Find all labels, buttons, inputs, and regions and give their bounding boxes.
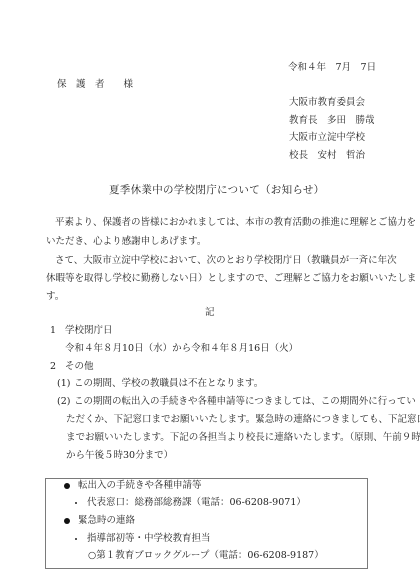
contact-section-2-item: 指導部初等・中学校教育担当: [75, 533, 211, 545]
contact-section-1-title: 転出入の手続きや各種申請等: [78, 480, 202, 491]
paragraph-1-line-2: いただき、心より感謝申しあげます。: [46, 236, 206, 248]
contact-section-1-item: 代表窓口：総務部総務課（電話：06-6208-9071）: [75, 497, 306, 509]
sub-item-1-number: (1): [57, 378, 70, 390]
bullet-icon: [64, 518, 70, 524]
notice-heading: 記: [205, 307, 215, 319]
item-1-label: 学校閉庁日: [65, 325, 113, 337]
contact-general-desk: 代表窓口：総務部総務課（電話：06-6208-9071）: [87, 497, 306, 508]
sender-superintendent: 教育長 多田 勝哉: [289, 115, 375, 127]
dot-icon: [75, 502, 77, 504]
sender-school: 大阪市立淀中学校: [289, 132, 365, 144]
sender-org: 大阪市教育委員会: [289, 97, 365, 109]
item-2-label: その他: [65, 361, 94, 373]
paragraph-2-line-2: 休暇等を取得し学校に勤務しない日）としますので、ご理解とご協力をお願いいたしま: [46, 273, 416, 285]
sub-item-2-number: (2): [57, 396, 70, 408]
document-title: 夏季休業中の学校閉庁について（お知らせ）: [109, 184, 324, 196]
sub-item-2-line-4: から午後５時30分まで）: [66, 450, 173, 462]
contact-block-group: ○第１教育ブロックグループ（電話：06-6208-9187）: [88, 550, 324, 562]
document-date: 令和４年 7月 7日: [288, 62, 376, 74]
sub-item-1-text: この期間、学校の教職員は不在となります。: [74, 378, 263, 390]
contact-section-2-title: 緊急時の連絡: [78, 515, 135, 526]
sub-item-2-line-1: この期間の転出入の手続きや各種申請等につきましては、この期間外に行ってい: [74, 396, 416, 408]
paragraph-1-line-1: 平素より、保護者の皆様におかれましては、本市の教育活動の推進に理解とご協力を: [55, 217, 416, 229]
closure-date-range: 令和４年８月10日（水）から令和４年８月16日（火）: [65, 343, 298, 355]
sender-principal: 校長 安村 哲治: [289, 150, 365, 162]
sub-item-2-line-3: までお願いいたします。下記の各担当より校長に連絡いたします。（原則、午前９時: [66, 432, 420, 444]
bullet-icon: [64, 483, 70, 489]
recipient-line: 保 護 者 様: [57, 79, 133, 91]
paragraph-2-line-3: す。: [46, 291, 64, 303]
contact-section-2: 緊急時の連絡: [64, 515, 135, 527]
contact-guidance-dept: 指導部初等・中学校教育担当: [87, 533, 211, 544]
dot-icon: [75, 538, 77, 540]
sub-item-2-line-2: ただくか、下記窓口までお願いいたします。緊急時の連絡につきましても、下記窓口: [66, 414, 420, 426]
contact-section-1: 転出入の手続きや各種申請等: [64, 480, 202, 492]
item-2-number: 2: [50, 361, 56, 373]
paragraph-2-line-1: さて、大阪市立淀中学校において、次のとおり学校閉庁日（教職員が一斉に年次: [55, 255, 397, 267]
item-1-number: 1: [50, 325, 56, 337]
